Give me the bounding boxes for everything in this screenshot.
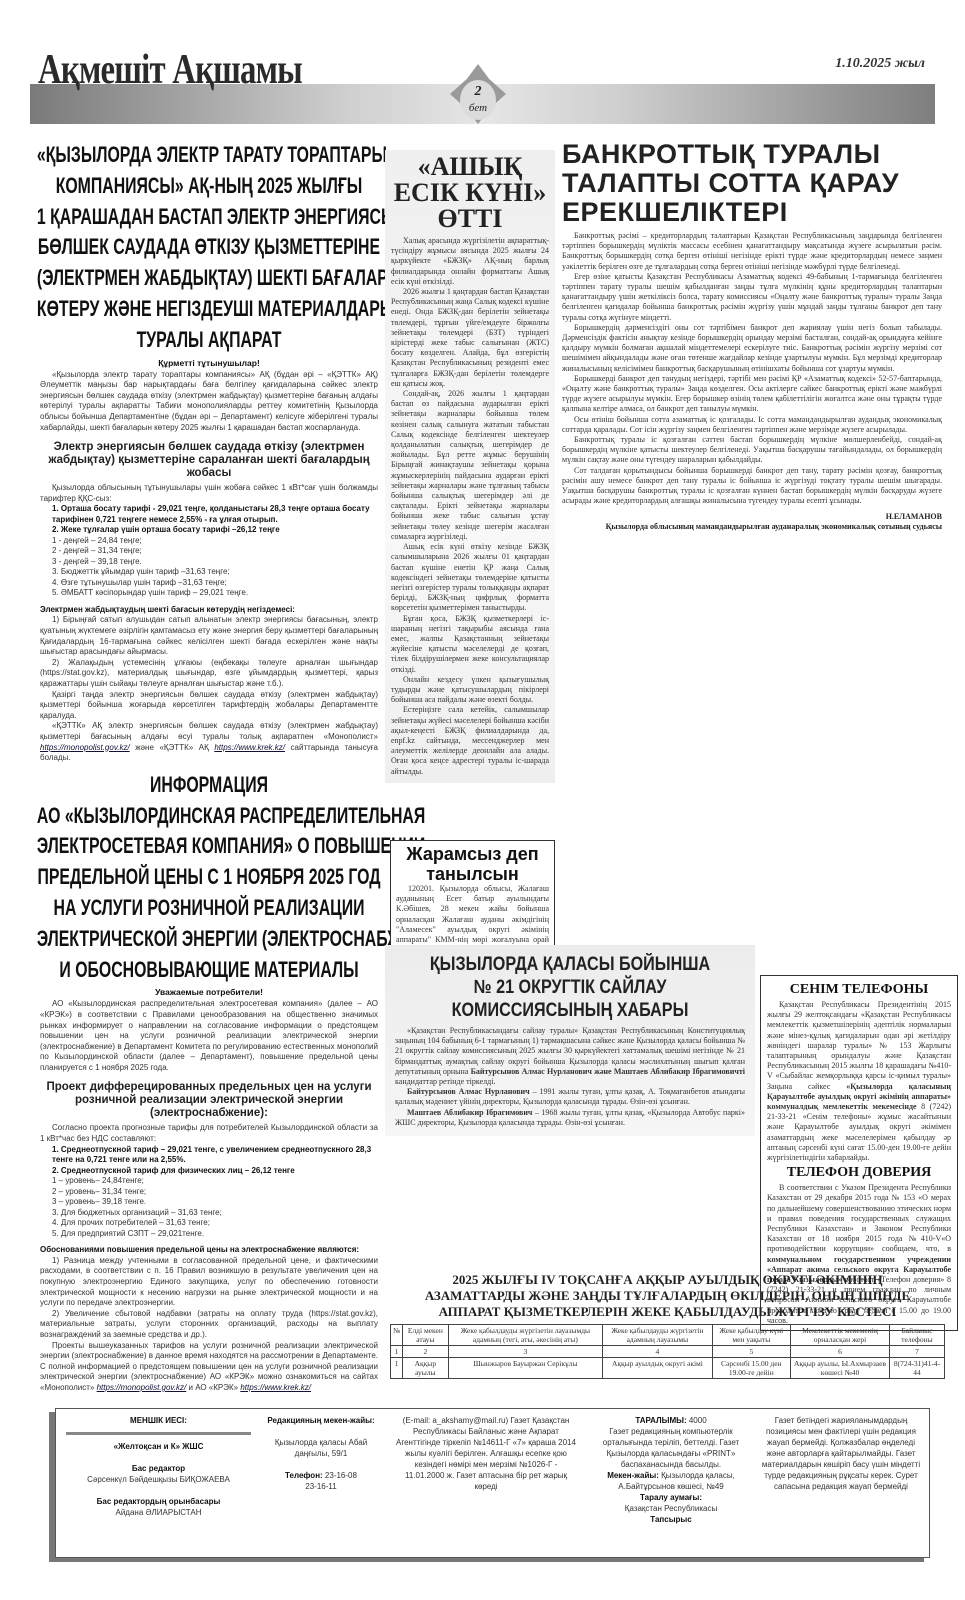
greeting-kz: Құрметті тұтынушылар! (40, 358, 378, 368)
greeting-ru: Уважаемые потребители! (40, 987, 378, 997)
print-address-label: Мекен-жайы: (607, 1471, 659, 1480)
headline-line: БӨЛШЕК САУДАДА ӨТКІЗУ ҚЫЗМЕТТЕРІНЕ (37, 232, 381, 263)
article-paragraph: Естеріңізге сала кетейік, салымшылар зей… (391, 705, 549, 776)
phone: 23-16-08 (325, 1471, 357, 1480)
headline-ru: ИНФОРМАЦИЯ АО «КЫЗЫЛОРДИНСКАЯ РАСПРЕДЕЛИ… (40, 770, 378, 986)
krek-link-ru[interactable]: https://www.krek.kz/ (240, 1383, 311, 1392)
tariff-item: 1 – уровень– 24,84тенге; (40, 1176, 378, 1187)
tariff-item: 3 - деңгей – 39,18 теңге. (40, 557, 378, 568)
links-paragraph-ru: Проекты вышеуказанных тарифов на услуги … (40, 1341, 378, 1394)
tariff-item: 5. ӘМБАТТ кәсіпорындар үшін тариф – 29,0… (40, 588, 378, 599)
table-cell: 8(724-31)41-4-44 (889, 1358, 944, 1379)
article-paragraph: Сондай-ақ, 2026 жылғы 1 қаңтардан бастап… (391, 389, 549, 542)
deputy-label: Бас редактордың орынбасары (97, 1497, 221, 1506)
editor-name: Сәрсенкүл Бәйдешқызы БИҚОЖАЕВА (87, 1475, 230, 1484)
reasons-head-kz: Электрмен жабдықтаудың шекті бағасын көт… (40, 605, 295, 614)
tariff-item: 3 – уровень– 39,18 тенге. (40, 1197, 378, 1208)
tariff-item: 3. Для бюджетных организаций – 31,63 тен… (40, 1208, 378, 1219)
disclaimer-column: Газет бетіндегі жарияланымдардың позиция… (761, 1415, 921, 1492)
election-commission-notice: ҚЫЗЫЛОРДА ҚАЛАСЫ БОЙЫНША № 21 ОКРУГТІК С… (385, 945, 755, 1136)
open-day-article: «АШЫҚ ЕСІК КҮНІ» ӨТТІ Халық арасында жүр… (385, 150, 555, 783)
headline-line: КӨТЕРУ ЖӘНЕ НЕГІЗДЕУШІ МАТЕРИАЛДАРЫ (37, 294, 381, 325)
table-row: 1 Аққыр ауылы Шынжыров Бауыржан Серікұлы… (391, 1358, 945, 1379)
address-column: Редакцияның мекен-жайы: Қызылорда қаласы… (261, 1415, 381, 1492)
table-number-row: 1 2 3 4 5 6 7 (391, 1346, 945, 1358)
phone: 23-16-11 (305, 1482, 336, 1491)
newspaper-page: Ақмешіт Ақшамы 1.10.2025 жыл 2 бет «ҚЫЗЫ… (0, 0, 965, 1600)
area-label: Таралу аумағы: (640, 1493, 702, 1502)
editor-label: Бас редактор (132, 1464, 185, 1473)
reasons-head-ru: Обоснованиями повышения предельной цены … (40, 1245, 359, 1254)
tariff-item: 1. Орташа босату тарифі - 29,021 теңге, … (40, 504, 378, 525)
article-paragraph: Бұған қоса, БЖЗҚ қызметкерлері іс-шараны… (391, 614, 549, 675)
print-column: ТАРАЛЫМЫ: 4000 Газет редакцияның компьют… (586, 1415, 756, 1525)
column-number: 6 (791, 1346, 890, 1358)
circulation: 4000 (689, 1416, 707, 1425)
headline-line: ИНФОРМАЦИЯ (37, 770, 381, 801)
tariff-item: 2 - деңгей – 31,34 теңге; (40, 546, 378, 557)
bankruptcy-title: БАНКРОТТЫҚ ТУРАЛЫ ТАЛАПТЫ СОТТА ҚАРАУ ЕР… (562, 140, 942, 227)
headline-line: КОМПАНИЯСЫ» АҚ-НЫҢ 2025 ЖЫЛҒЫ (37, 171, 381, 202)
candidate-2: Маштаев Аблибакир Ібрагимович – 1968 жыл… (395, 1108, 745, 1128)
page-number-badge: 2 бет (460, 80, 496, 120)
owner: «Желтоқсан и К» ЖШС (114, 1442, 204, 1451)
article-paragraph: 2026 жылғы 1 қаңтардан бастап Қазақстан … (391, 287, 549, 389)
reason-kz: Қазіргі таңда электр энергиясын бөлшек с… (40, 690, 378, 722)
phone-label: Телефон: (285, 1471, 323, 1480)
column-number: 5 (712, 1346, 790, 1358)
tariff-list-kz: 1. Орташа босату тарифі - 29,021 теңге, … (40, 504, 378, 599)
column-header: Мемлекеттік мекеменің орналасқан жері (791, 1325, 890, 1346)
circulation-label: ТАРАЛЫМЫ: (635, 1416, 686, 1425)
reason-ru: 1) Разница между учтенными в согласованн… (40, 1256, 378, 1309)
order-label: Тапсырыс (650, 1515, 691, 1524)
right-column: БАНКРОТТЫҚ ТУРАЛЫ ТАЛАПТЫ СОТТА ҚАРАУ ЕР… (562, 140, 942, 532)
page-number: 2 (475, 84, 482, 99)
bankruptcy-paragraph: Сот талдаған қорытындысы бойынша борышке… (562, 466, 942, 507)
monopolist-link[interactable]: https://monopolist.gov.kz/ (40, 743, 130, 752)
article-title: «АШЫҚ ЕСІК КҮНІ» ӨТТІ (391, 154, 549, 232)
trust-body-kz: Қазақстан Республикасы Президентінің 201… (767, 1000, 951, 1163)
middle-column: «АШЫҚ ЕСІК КҮНІ» ӨТТІ Халық арасында жүр… (385, 150, 555, 783)
area: Қазақстан Республикасы (625, 1504, 717, 1513)
divider (66, 1432, 251, 1435)
schedule-title-line: АППАРАТ ҚЫЗМЕТКЕРЛЕРІН ЖЕКЕ ҚАБЫЛДАУДЫ Ж… (390, 1304, 945, 1320)
tariff-item: 4. Өзге тұтынушылар үшін тариф –31,63 те… (40, 578, 378, 589)
article-paragraph: Халық арасында жүргізілетін ақпараттық-т… (391, 236, 549, 287)
headline-line: 1 ҚАРАШАДАН БАСТАП ЭЛЕКТР ЭНЕРГИЯСЫН (37, 202, 381, 233)
article-paragraph: Ашық есік күні өткізу кезінде БЖЗҚ салым… (391, 542, 549, 613)
masthead: Ақмешіт Ақшамы 1.10.2025 жыл 2 бет (30, 44, 935, 124)
tariff-item: 5. Для предприятий СЗПТ – 29,021тенге. (40, 1229, 378, 1240)
krek-link[interactable]: https://www.krek.kz/ (214, 743, 285, 752)
table-cell: Аққыр ауылы (403, 1358, 448, 1379)
schedule-table: № Елді мекен атауы Жеке қабылдауды жүргі… (390, 1324, 945, 1379)
reason-ru: 2) Увеличение сбытовой надбавки (затраты… (40, 1309, 378, 1341)
schedule-title-line: 2025 ЖЫЛҒЫ IV ТОҚСАНҒА АҚҚЫР АУЫЛДЫҚ ОКР… (390, 1272, 945, 1288)
author-name: Н.ЕЛАМАНОВ (562, 512, 942, 522)
author-role: Қызылорда облысының мамандандырылған ауд… (562, 522, 942, 532)
column-header: Елді мекен атауы (403, 1325, 448, 1346)
tariff-intro-kz: Қызылорда облысының тұтынушылары үшін жо… (40, 483, 378, 504)
subhead-kz: Электр энергиясын бөлшек саудада өткізу … (40, 441, 378, 480)
address: Қызылорда қаласы Абай даңғылы, 59/1 (275, 1438, 367, 1458)
intro-kz: «Қызылорда электр тарату торaптары компа… (40, 370, 378, 434)
column-number: 2 (403, 1346, 448, 1358)
registration-column: (E-mail: a_akshamy@mail.ru) Газет Қазақс… (396, 1415, 576, 1492)
trust-title-ru: ТЕЛЕФОН ДОВЕРИЯ (767, 1165, 951, 1181)
notice-title: Жарамсыз деп танылсын (396, 844, 549, 884)
bankruptcy-paragraph: Борышкердің дәрменсіздігі оны сот тәртіб… (562, 323, 942, 374)
column-number: 1 (391, 1346, 403, 1358)
election-paragraph: «Қазақстан Республикасындағы сайлау тура… (395, 1026, 745, 1087)
bankruptcy-paragraph: Егер өзіне қатысты Қазақстан Республикас… (562, 272, 942, 323)
owner-column: МЕНШІК ИЕСІ: «Желтоқсан и К» ЖШС Бас ред… (66, 1415, 251, 1518)
headline-line: ЭЛЕКТРОСЕТЕВАЯ КОМПАНИЯ» О ПОВЫШЕНИИ (37, 831, 381, 862)
table-cell: Аққыр ауылдық округі әкімі (603, 1358, 712, 1379)
table-cell: Аққыр ауылы, Ы.Ахмырзаев көшесі №40 (791, 1358, 890, 1379)
owner-label: МЕНШІК ИЕСІ: (130, 1416, 187, 1425)
column-header: Жеке қабылдауды жүргізетін адамның лауаз… (603, 1325, 712, 1346)
newspaper-title: Ақмешіт Ақшамы (38, 46, 302, 94)
tariff-item: 2. Среднеотпускной тариф для физических … (40, 1166, 378, 1177)
column-number: 7 (889, 1346, 944, 1358)
column-number: 4 (603, 1346, 712, 1358)
page-label: бет (460, 100, 496, 116)
election-title: ҚЫЗЫЛОРДА ҚАЛАСЫ БОЙЫНША № 21 ОКРУГТІК С… (421, 953, 719, 1022)
reason-kz: 2) Жалақыдың үстемесінің ұлғаюы (еңбекақ… (40, 658, 378, 690)
headline-line: ЭЛЕКТРИЧЕСКОЙ ЭНЕРГИИ (ЭЛЕКТРОСНАБЖЕНИЕ) (37, 924, 381, 955)
subhead-ru: Проект диффереци­рованных предельных цен… (40, 1081, 378, 1120)
candidate-1: Байтурсынов Алмас Нурланович – 1991 жылы… (395, 1087, 745, 1107)
headline-line: НА УСЛУГИ РОЗНИЧНОЙ РЕАЛИЗАЦИИ (37, 893, 381, 924)
address-label: Редакцияның мекен-жайы: (267, 1416, 374, 1425)
intro-ru: АО «Кызылординская распределительная эле… (40, 999, 378, 1073)
tariff-item: 1. Среднеотпускной тариф – 29,021 тенге,… (40, 1145, 378, 1166)
bankruptcy-paragraph: Банкроттық рәсімі – кредиторлардың талап… (562, 231, 942, 272)
table-cell: Шынжыров Бауыржан Серікұлы (448, 1358, 603, 1379)
tariff-intro-ru: Согласно проекта прогнозные тарифы для п… (40, 1123, 378, 1144)
column-header: Жеке қабылдауды жүргізетін лауазымды ада… (448, 1325, 603, 1346)
monopolist-link-ru[interactable]: https://monopolist.gov.kz/ (97, 1383, 187, 1392)
table-header-row: № Елді мекен атауы Жеке қабылдауды жүргі… (391, 1325, 945, 1346)
reception-schedule: 2025 ЖЫЛҒЫ IV ТОҚСАНҒА АҚҚЫР АУЫЛДЫҚ ОКР… (390, 1272, 945, 1379)
column-number: 3 (448, 1346, 603, 1358)
bankruptcy-paragraph: Осы өтініш бойынша сотта азаматтық іс қо… (562, 415, 942, 435)
schedule-title-line: АЗАМАТТАРДЫ ЖӘНЕ ЗАҢДЫ ТҰЛҒАЛАРДЫҢ ӨКІЛД… (390, 1288, 945, 1304)
imprint-footer: МЕНШІК ИЕСІ: «Желтоқсан и К» ЖШС Бас ред… (55, 1408, 930, 1558)
headline-line: ПРЕДЕЛЬНОЙ ЦЕНЫ С 1 НОЯБРЯ 2025 ГОД (37, 862, 381, 893)
article-paragraph: Онлайн кездесу үлкен қызығушылық тудырды… (391, 675, 549, 706)
column-header: № (391, 1325, 403, 1346)
headline-line: (ЭЛЕКТРМЕН ЖАБДЫҚТАУ) ШЕКТІ БАҒАЛАРЫН (37, 263, 381, 294)
column-header: Байланыс телефоны (889, 1325, 944, 1346)
tariff-item: 1 - деңгей – 24,84 теңге; (40, 536, 378, 547)
links-paragraph-kz: «ҚЭТТК» АҚ электр энергиясын бөлшек сауд… (40, 721, 378, 763)
reason-kz: 1) Бірыңғай сатып алушыдан сатып алынаты… (40, 615, 378, 657)
tariff-item: 4. Для прочих потребителей – 31,63 тенге… (40, 1218, 378, 1229)
bankruptcy-paragraph: Борышкерді банкрот деп танудың негіздері… (562, 374, 942, 415)
headline-line: АО «КЫЗЫЛОРДИНСКАЯ РАСПРЕДЕЛИТЕЛЬНАЯ (37, 801, 381, 832)
table-cell: 1 (391, 1358, 403, 1379)
tariff-item: 2 – уровень– 31,34 тенге; (40, 1187, 378, 1198)
tariff-list-ru: 1. Среднеотпускной тариф – 29,021 тенге,… (40, 1145, 378, 1240)
headline-line: ТУРАЛЫ АҚПАРАТ (37, 325, 381, 356)
headline-line: «ҚЫЗЫЛОРДА ЭЛЕКТР ТАРАТУ ТОРАПТАРЫ (37, 140, 381, 171)
deputy-name: Айдана ӘЛИАРЫСТАН (115, 1508, 201, 1517)
column-header: Жеке қабылдау күні мен уақыты (712, 1325, 790, 1346)
tariff-item: 3. Бюджеттік ұйымдар үшін тариф –31,63 т… (40, 567, 378, 578)
table-cell: Сәрсенбі 15.00 ден 19.00-ге дейін (712, 1358, 790, 1379)
issue-date: 1.10.2025 жыл (835, 56, 925, 72)
bankruptcy-paragraph: Банкроттық туралы іс қозғалған сәттен ба… (562, 435, 942, 466)
headline-kz: «ҚЫЗЫЛОРДА ЭЛЕКТР ТАРАТУ ТОРАПТАРЫ КОМПА… (40, 140, 378, 356)
headline-line: И ОБОСНОВЫВАЮЩИЕ МАТЕРИАЛЫ (37, 955, 381, 986)
left-column: «ҚЫЗЫЛОРДА ЭЛЕКТР ТАРАТУ ТОРАПТАРЫ КОМПА… (40, 140, 378, 1393)
print-info: Газет редакцияның компьютерлік орталығын… (603, 1427, 739, 1469)
trust-title-kz: СЕНІМ ТЕЛЕФОНЫ (767, 982, 951, 998)
tariff-item: 2. Жеке тұлғалар үшін орташа босату тари… (40, 525, 378, 536)
